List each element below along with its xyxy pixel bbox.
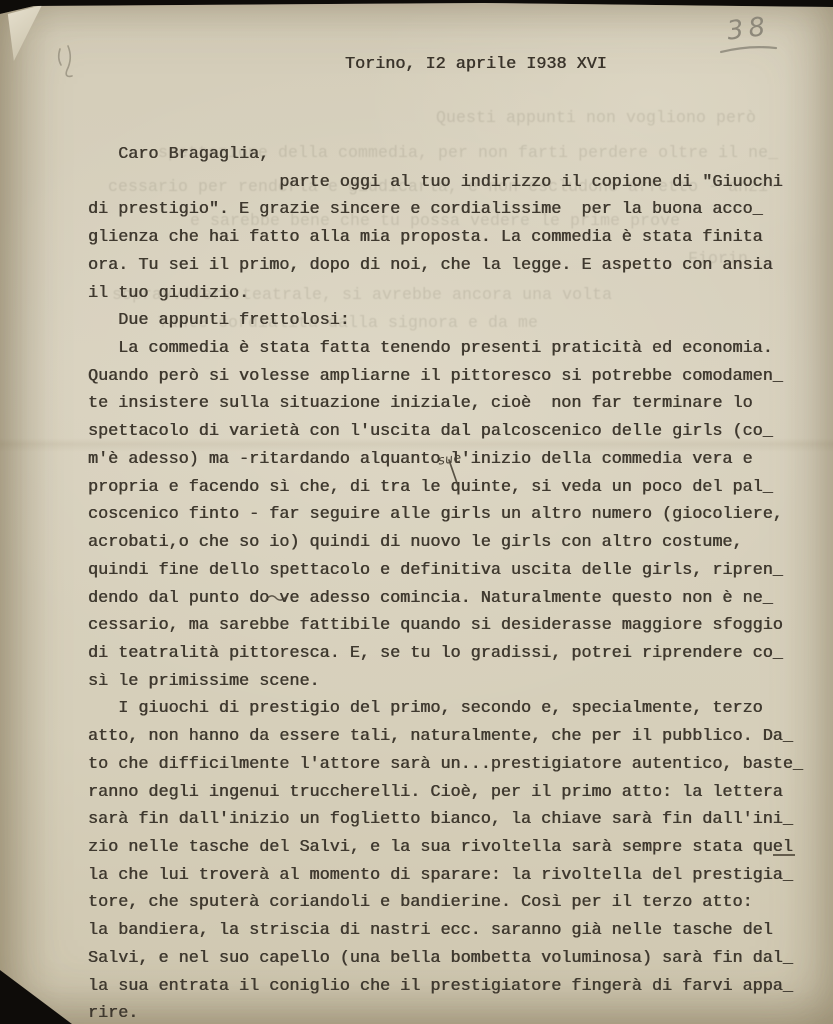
letter-line: La commedia è stata fatta tenendo presen… (88, 335, 803, 363)
letter-line: Salvi, e nel suo capello (una bella bomb… (88, 945, 803, 973)
letter-line: la sua entrata il coniglio che il presti… (88, 973, 803, 1001)
letter-line: dendo dal punto do ve adesso comincia. N… (88, 585, 803, 613)
pencil-link-mark (265, 592, 289, 604)
letter-line: parte oggi al tuo indirizzo il copione d… (88, 169, 803, 197)
letter-line: zio nelle tasche del Salvi, e la sua riv… (88, 834, 803, 862)
letter-line: sarà fin dall'inizio un foglietto bianco… (88, 806, 803, 834)
letter-line: di prestigio". E grazie sincere e cordia… (88, 196, 803, 224)
letter-line: glienza che hai fatto alla mia proposta.… (88, 224, 803, 252)
letter-paper: Questi appunti non vogliono peròspettazi… (0, 0, 833, 1024)
letter-line: la bandiera, la striscia di nastri ecc. … (88, 917, 803, 945)
letter-body: Caro Bragaglia, parte oggi al tuo indiri… (88, 141, 803, 1024)
letter-line: to che difficilmente l'attore sarà un...… (88, 751, 803, 779)
letter-line: coscenico finto - far seguire alle girls… (88, 501, 803, 529)
letter-line: la che lui troverà al momento di sparare… (88, 862, 803, 890)
letter-line: il tuo giudizio. (88, 280, 803, 308)
letter-line: ranno degli ingenui truccherelli. Cioè, … (88, 779, 803, 807)
letter-line: rire. (88, 1000, 803, 1024)
letter-line: atto, non hanno da essere tali, naturalm… (88, 723, 803, 751)
pencil-corner-mark (52, 44, 78, 84)
letter-line: acrobati,o che so io) quindi di nuovo le… (88, 529, 803, 557)
letter-line: cessario, ma sarebbe fattibile quando si… (88, 612, 803, 640)
dateline: Torino, I2 aprile I938 XVI (345, 55, 607, 74)
letter-line: sì le primissime scene. (88, 668, 803, 696)
scanned-letter-screenshot: { "letter": { "dateline": "Torino, I2 ap… (0, 0, 833, 1024)
insertion-caret-mark (446, 459, 462, 489)
letter-line: quindi fine dello spettacolo e definitiv… (88, 557, 803, 585)
letter-line: Due appunti frettolosi: (88, 307, 803, 335)
letter-line: Quando però si volesse ampliarne il pitt… (88, 363, 803, 391)
pencil-underline-stroke (719, 41, 779, 55)
letter-line: tore, che sputerà coriandoli e bandierin… (88, 889, 803, 917)
typed-underscore-mark (773, 854, 795, 856)
letter-line: spettacolo di varietà con l'uscita dal p… (88, 418, 803, 446)
letter-line: I giuochi di prestigio del primo, second… (88, 695, 803, 723)
bleedthrough-line: Questi appunti non vogliono però (436, 108, 756, 128)
letter-line: Caro Bragaglia, (88, 141, 803, 169)
letter-line: ora. Tu sei il primo, dopo di noi, che l… (88, 252, 803, 280)
letter-line: di teatralità pittoresca. E, se tu lo gr… (88, 640, 803, 668)
letter-line: te insistere sulla situazione iniziale, … (88, 390, 803, 418)
